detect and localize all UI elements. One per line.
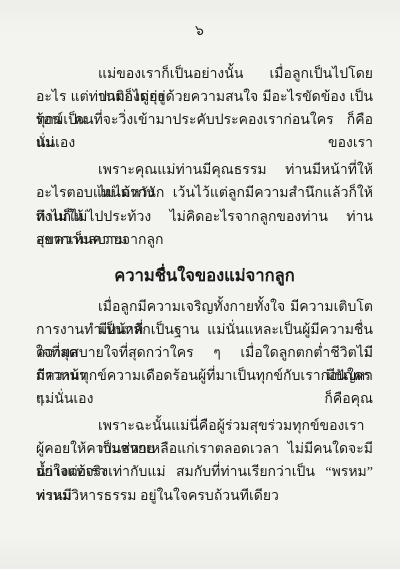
text-line: พรหมวิหารธรรม อยู่ในใจครบถ้วนทีเดียว	[36, 485, 373, 508]
text-line: แม่ของเราก็เป็นอย่างนั้น เมื่อลูกเป็นไปโ…	[36, 63, 373, 86]
text-line: เมื่อลูกมีความเจริญทั้งกายทั้งใจ มีความเ…	[36, 296, 373, 319]
paragraph: แม่ของเราก็เป็นอย่างนั้น เมื่อลูกเป็นไปโ…	[36, 63, 373, 155]
text-line: ท่านก็ไม่ไปประท้วง ไม่คิดอะไรจากลูกของท่…	[36, 206, 373, 229]
section-heading: ความชื่นใจของแม่จากลูก	[36, 264, 373, 288]
text-line: เพราะคุณแม่ท่านมีคุณธรรม ท่านมีหน้าที่ให…	[36, 159, 373, 182]
text-line: ผู้คอยให้ความช่วยเหลือแก่เราตลอดเวลา ไม่…	[36, 438, 373, 461]
text-line: อะไร แต่ท่านมองดูอยู่ด้วยความสนใจ มีอะไร…	[36, 86, 373, 109]
text-line: ความสบายใจที่สุดกว่าใคร ๆ เมื่อใดลูกตกต่…	[36, 342, 373, 365]
document-page: ๖ แม่ของเราก็เป็นอย่างนั้น เมื่อลูกเป็นไ…	[0, 0, 400, 569]
paragraph: เพราะคุณแม่ท่านมีคุณธรรม ท่านมีหน้าที่ให…	[36, 159, 373, 251]
text-line: การงานทำเป็นหลักเป็นฐาน แม่นั่นแหละเป็นผ…	[36, 319, 373, 342]
text-line: เพราะฉะนั้นแม่นี่คือผู้ร่วมสุขร่วมทุกข์ข…	[36, 415, 373, 438]
text-line: อย่างแท้จริงเท่ากับแม่ สมกับที่ท่านเรียก…	[36, 461, 373, 484]
text-line: สุขความสบายจากลูก	[36, 229, 373, 252]
text-line: ร้อน คนที่จะวิ่งเข้ามาประคับประคองเราก่อ…	[36, 109, 373, 132]
paragraph: เพราะฉะนั้นแม่นี่คือผู้ร่วมสุขร่วมทุกข์ข…	[36, 415, 373, 507]
text-line: มีความทุกข์ความเดือดร้อนผู้ที่มาเป็นทุกข…	[36, 365, 373, 388]
page-body: แม่ของเราก็เป็นอย่างนั้น เมื่อลูกเป็นไปโ…	[36, 63, 373, 512]
text-line: อะไรตอบแทนมากนัก เว้นไว้แต่ลูกมีความสำนึ…	[36, 182, 373, 205]
paragraph: เมื่อลูกมีความเจริญทั้งกายทั้งใจ มีความเ…	[36, 296, 373, 411]
page-number: ๖	[0, 20, 400, 42]
